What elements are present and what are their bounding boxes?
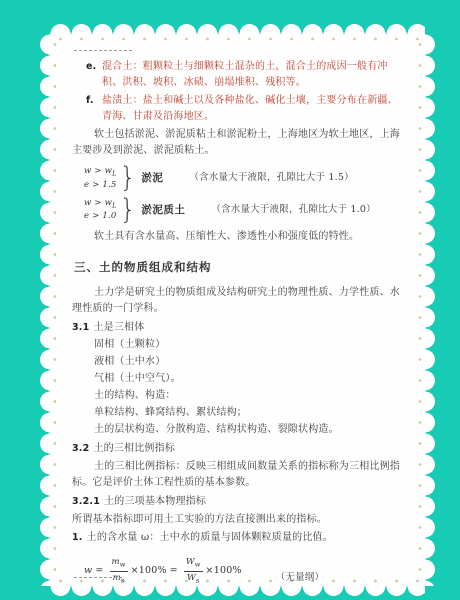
formula-silty-soil: w > wL e > 1.0 } 淤泥质土 （含水量大于液限，孔隙比大于 1.0… xyxy=(84,198,406,223)
fraction-weight: Ww Ws xyxy=(184,557,203,585)
item-label: f. xyxy=(86,93,102,125)
item-number: 1. xyxy=(72,532,83,543)
paragraph-soft-properties: 软土具有含水量高、压缩性大、渗透性小和强度低的特性。 xyxy=(72,229,406,245)
section-3-2-1: 3.2.1土的三项基本物理指标 xyxy=(72,494,406,510)
section-number: 3.2.1 xyxy=(72,496,100,507)
formula-conditions: w > wL e > 1.5 xyxy=(84,166,117,191)
soil-type-item-f: f. 盐渍土：盐土和碱土以及各种盐化、碱化土壤，主要分布在新疆、青海、甘肃及沿海… xyxy=(86,93,406,125)
scrapbook-page: { "page": { "colors": { "background_teal… xyxy=(0,0,460,600)
condition-bottom: e > 1.0 xyxy=(84,211,117,222)
phase-line: 液相（土中水） xyxy=(94,354,406,370)
soil-type-item-e: e. 混合土：粗颗粒土与细颗粒土混杂的土，混合土的成因一般有冲积、洪积、坡积、冰… xyxy=(86,59,406,91)
structure-line: 土的结构、构造： xyxy=(94,388,406,404)
item-text: 混合土：粗颗粒土与细颗粒土混杂的土，混合土的成因一般有冲积、洪积、坡积、冰碛、崩… xyxy=(102,59,406,91)
condition-top: w > wL xyxy=(84,198,117,212)
section-3-1: 3.1土是三相体 xyxy=(72,320,406,336)
numerator: Ww xyxy=(184,557,203,572)
section-heading: 三、土的物质组成和结构 xyxy=(74,259,406,275)
condition-top: w > wL xyxy=(84,166,117,180)
brace-glyph: } xyxy=(120,170,137,187)
numerator: mw xyxy=(110,557,128,572)
equals-sign: = xyxy=(170,563,178,579)
paragraph-intro: 土力学是研究土的物质组成及结构研究土的物理性质、力学性质、水理性质的一门学科。 xyxy=(72,285,406,317)
item-label: e. xyxy=(86,59,102,91)
water-content-item: 1.土的含水量 ω：土中水的质量与固体颗粒质量的比值。 xyxy=(72,530,406,546)
lace-edge-bottom xyxy=(50,586,425,596)
section-number: 3.2 xyxy=(72,443,89,454)
denominator: Ws xyxy=(184,572,203,586)
phase-line: 固相（土颗粒） xyxy=(94,337,406,353)
page-separator-dashes-top xyxy=(74,50,132,51)
percent-multiplier: ×100% xyxy=(206,563,242,579)
percent-multiplier: ×100% xyxy=(131,563,167,579)
document-content: e. 混合土：粗颗粒土与细颗粒土混杂的土，混合土的成因一般有冲积、洪积、坡积、冰… xyxy=(72,50,406,586)
formula-result: 淤泥 xyxy=(141,170,163,186)
paragraph-soft-soil: 软土包括淤泥、淤泥质粘土和淤泥粉土，上海地区为软土地区，上海主要涉及到淤泥、淤泥… xyxy=(72,127,406,159)
paragraph-3-2: 土的三相比例指标：反映三相组成间数量关系的指标称为三相比例指标。它是评价土体工程… xyxy=(72,459,406,491)
lace-edge-right xyxy=(425,34,435,586)
lace-edge-top xyxy=(50,24,425,34)
lace-edge-left xyxy=(40,34,50,586)
fraction-mass: mw ms xyxy=(110,557,128,585)
condition-bottom: e > 1.5 xyxy=(84,180,117,191)
formula-note: （含水量大于液限，孔隙比大于 1.0） xyxy=(211,202,375,218)
structure-line: 单粒结构、蜂窝结构、絮状结构； xyxy=(94,405,406,421)
section-3-2: 3.2土的三相比例指标 xyxy=(72,441,406,457)
brace-glyph: } xyxy=(120,202,137,219)
section-number: 3.1 xyxy=(72,322,89,333)
section-title: 土的三相比例指标 xyxy=(93,443,175,454)
page-separator-dashes-bottom xyxy=(74,577,122,578)
item-text: 土的含水量 ω：土中水的质量与固体颗粒质量的比值。 xyxy=(87,532,333,543)
paragraph-3-2-1: 所谓基本指标即可用土工实验的方法直接测出来的指标。 xyxy=(72,512,406,528)
phase-line: 气相（土中空气）。 xyxy=(94,371,406,387)
structure-line: 土的层状构造、分散构造、结构状构造、裂隙状构造。 xyxy=(94,422,406,438)
formula-result: 淤泥质土 xyxy=(141,202,185,218)
formula-conditions: w > wL e > 1.0 xyxy=(84,198,117,223)
dimensionless-note: （无量纲） xyxy=(276,570,325,586)
formula-note: （含水量大于液限，孔隙比大于 1.5） xyxy=(189,170,353,186)
section-title: 土是三相体 xyxy=(93,322,144,333)
item-text: 盐渍土：盐土和碱土以及各种盐化、碱化土壤，主要分布在新疆、青海、甘肃及沿海地区。 xyxy=(102,93,406,125)
formula-silt: w > wL e > 1.5 } 淤泥 （含水量大于液限，孔隙比大于 1.5） xyxy=(84,166,406,191)
section-title: 土的三项基本物理指标 xyxy=(104,496,206,507)
denominator: ms xyxy=(110,572,128,586)
water-content-formula: w = mw ms ×100% = Ww Ws ×100% （无量纲） xyxy=(84,556,406,586)
